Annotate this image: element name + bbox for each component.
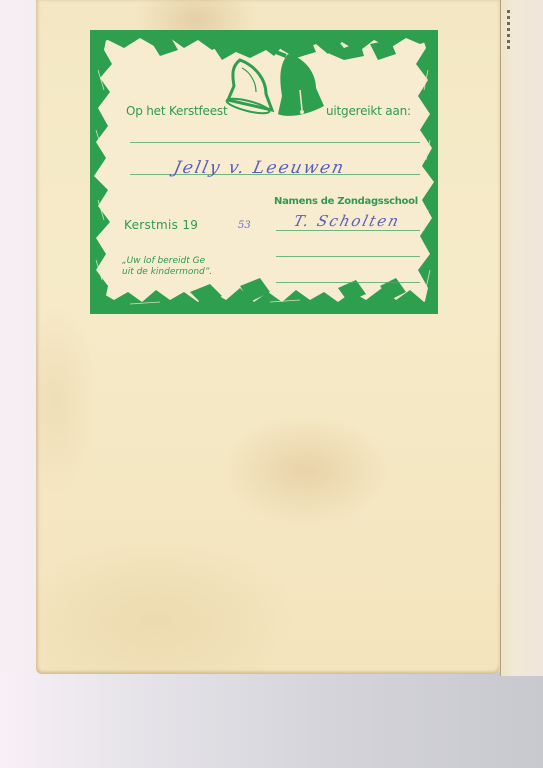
recipient-name-handwritten: Jelly v. Leeuwen: [172, 158, 347, 178]
certificate-label: Op het Kerstfeest uitgereikt aan: Jelly …: [90, 30, 438, 314]
year-handwritten: 53: [238, 220, 251, 231]
facing-page-edge: [500, 0, 543, 676]
date-label: Kerstmis 19: [124, 218, 198, 232]
extra-line-1: [276, 256, 420, 257]
heading-left: Op het Kerstfeest: [126, 104, 227, 118]
recipient-line-1: [130, 142, 420, 143]
school-label: Namens de Zondagsschool: [274, 196, 418, 207]
extra-line-2: [276, 282, 420, 283]
heading-right: uitgereikt aan:: [326, 104, 411, 118]
signature-handwritten: T. Scholten: [292, 212, 403, 230]
scanner-background: [0, 672, 543, 768]
signature-line: [276, 230, 420, 231]
motto: „Uw lof bereidt Ge uit de kindermond”.: [122, 256, 212, 278]
spine-print-mark: [507, 10, 510, 52]
motto-line-2: uit de kindermond”.: [122, 267, 212, 278]
motto-line-1: „Uw lof bereidt Ge: [122, 256, 212, 267]
